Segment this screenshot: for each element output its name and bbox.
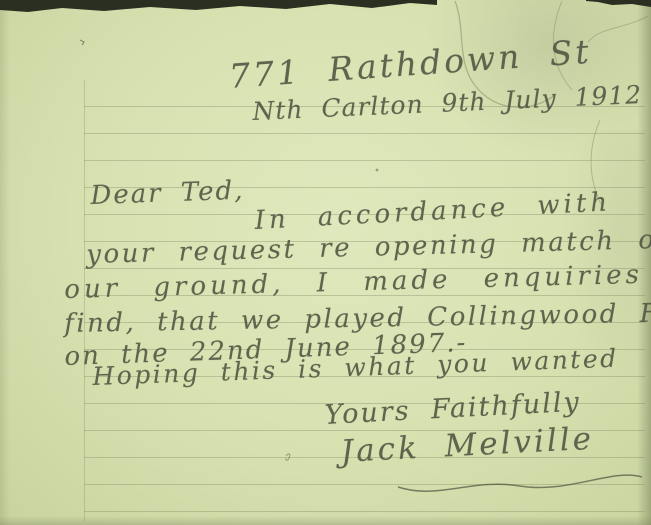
bottom-edge-shadow	[0, 516, 651, 525]
signature-flourish	[398, 475, 642, 491]
ink-speck-3	[286, 454, 290, 460]
torn-top-edge	[0, 0, 437, 12]
salutation-line: Dear Ted,	[90, 178, 245, 209]
letter-page: 771 Rathdown St Nth Carlton 9th July 191…	[0, 0, 651, 525]
left-edge-shadow	[0, 0, 10, 525]
ink-speck-2	[376, 169, 379, 172]
torn-top-edge-right	[586, 0, 651, 7]
signature-line: Jack Melville	[340, 424, 595, 468]
ink-speck-1	[80, 40, 84, 45]
